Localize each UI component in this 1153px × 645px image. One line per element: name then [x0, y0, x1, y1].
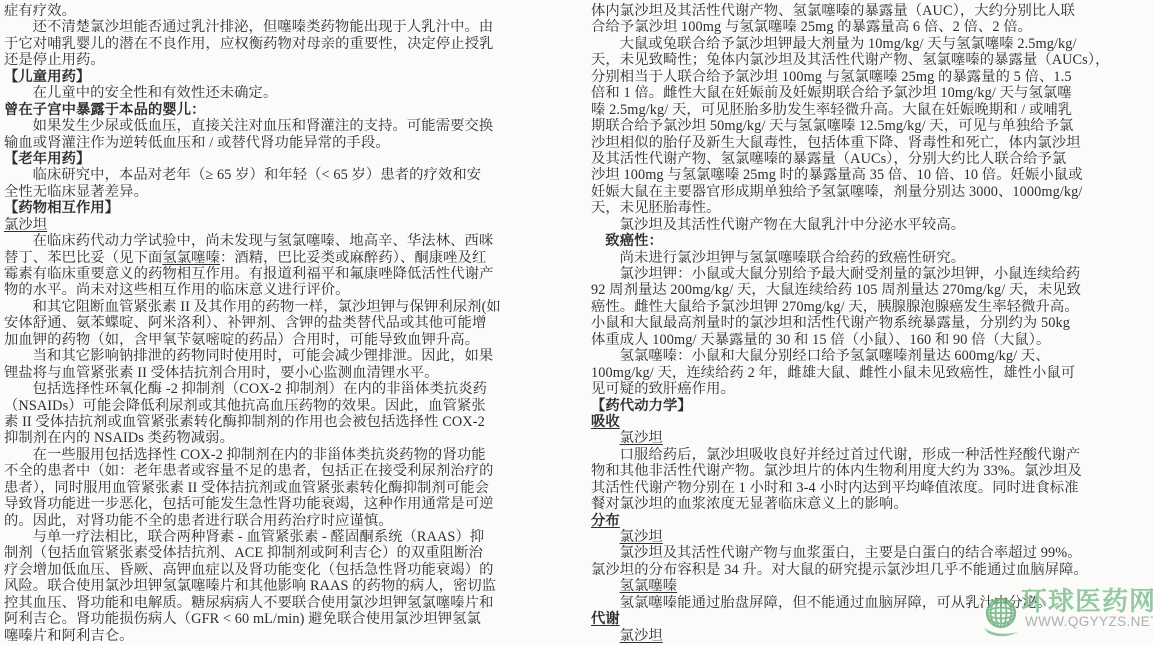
doc-text: 患者），同时服用血管紧张素 II 受体拮抗剂或血管紧张素转化酶抑制剂可能会: [4, 480, 489, 496]
doc-heading-text: 氢氯噻嗪: [162, 250, 220, 266]
doc-text: 在一些服用包括选择性 COX-2 抑制剂在内的非甾体类抗炎药物的肾功能: [33, 447, 486, 463]
doc-text: 100mg/kg/ 天，连续给药 2 年，雌雄大鼠、雌性小鼠未见致癌性，雄性小鼠…: [591, 365, 1075, 381]
doc-text: 体内氯沙坦及其活性代谢产物、氢氯噻嗪的暴露量（AUC），大约分别比人联: [591, 3, 1075, 19]
doc-text: 嗪 2.5mg/kg/ 天，可见胚胎多肋发生率轻微升高。大鼠在妊娠晚期和 / 或…: [591, 102, 1072, 118]
doc-text: 替丁、苯巴比妥（见下面: [4, 250, 162, 266]
doc-line: 及其活性代谢产物、氢氯噻嗪的暴露量（AUCs），分别大约比人联合给予氯: [591, 151, 1153, 167]
doc-text: 当和其它影响钠排泄的药物同时使用时，可能会减少锂排泄。因此，如果: [33, 348, 494, 364]
doc-text: 和其它阻断血管紧张素 II 及其作用的药物一样，氯沙坦钾与保钾利尿剂(如: [33, 299, 501, 315]
doc-line: 分布: [591, 513, 1153, 529]
doc-line: 嗪 2.5mg/kg/ 天，可见胚胎多肋发生率轻微升高。大鼠在妊娠晚期和 / 或…: [591, 102, 1153, 118]
doc-heading-text: 氯沙坦: [620, 529, 663, 545]
doc-heading-text: 氯沙坦: [620, 628, 663, 644]
doc-text: 抑制剂在内的 NSAIDs 类药物减弱。: [4, 430, 234, 446]
doc-text: 氢氯噻嗪：小鼠和大鼠分别经口给予氢氯噻嗪剂量达 600mg/kg/ 天、: [620, 348, 1050, 364]
doc-text: 在临床药代动力学试验中，尚未发现与氢氯噻嗪、地高辛、华法林、西咪: [33, 233, 494, 249]
doc-line: 在一些服用包括选择性 COX-2 抑制剂在内的非甾体类抗炎药物的肾功能: [4, 447, 574, 463]
doc-text: 包括选择性环氧化酶 -2 抑制剂（COX-2 抑制剂）在内的非甾体类抗炎药: [33, 381, 487, 397]
doc-line: 霉素有临床重要意义的药物相互作用。有报道利福平和氟康唑降低活性代谢产: [4, 266, 574, 282]
right-column: 体内氯沙坦及其活性代谢产物、氢氯噻嗪的暴露量（AUC），大约分别比人联合给予氯沙…: [591, 3, 1153, 644]
doc-line: 风险。联合使用氯沙坦钾氢氯噻嗪片和其他影响 RAAS 的药物的病人，密切监: [4, 578, 574, 594]
doc-line: 在临床药代动力学试验中，尚未发现与氢氯噻嗪、地高辛、华法林、西咪: [4, 233, 574, 249]
doc-line: （NSAIDs）可能会降低利尿剂或其他抗高血压药物的效果。因此，血管紧张: [4, 398, 574, 414]
watermark-url: WWW.QGYYZS.NET: [1025, 614, 1153, 629]
doc-text: 的。因此，对肾功能不全的患者进行联合用药治疗时应谨慎。: [4, 513, 393, 529]
doc-text: 见可疑的致肝癌作用。: [591, 381, 735, 397]
doc-line: 抑制剂在内的 NSAIDs 类药物减弱。: [4, 430, 574, 446]
doc-line: 阿利吉仑。肾功能损伤病人（GFR < 60 mL/min) 避免联合使用氯沙坦钾…: [4, 611, 574, 627]
doc-text: 合给予氯沙坦 100mg 与氢氯噻嗪 25mg 的暴露量高 6 倍、2 倍、2 …: [591, 19, 1032, 35]
doc-text: 癌性。雌性大鼠给予氯沙坦钾 270mg/kg/ 天，胰腺腺泡腺癌发生率轻微升高。: [591, 299, 1079, 315]
doc-line: 和其它阻断血管紧张素 II 及其作用的药物一样，氯沙坦钾与保钾利尿剂(如: [4, 299, 574, 315]
doc-text: 天，未见胚胎毒性。: [591, 200, 721, 216]
doc-heading-text: 【药代动力学】: [591, 398, 692, 414]
doc-line: 口服给药后，氯沙坦吸收良好并经过首过代谢，形成一种活性羟酸代谢产: [591, 447, 1153, 463]
doc-line: 氯沙坦钾：小鼠或大鼠分别给予最大耐受剂量的氯沙坦钾，小鼠连续给药: [591, 266, 1153, 282]
doc-text: 大鼠或兔联合给予氯沙坦钾最大剂量为 10mg/kg/ 天与氢氯噻嗪 2.5mg/…: [620, 36, 1077, 52]
doc-line: 的。因此，对肾功能不全的患者进行联合用药治疗时应谨慎。: [4, 513, 574, 529]
doc-heading-text: 【儿童用药】: [4, 69, 90, 85]
doc-line: 体重成人 100mg/ 天暴露量的 30 和 15 倍（小鼠）、160 和 90…: [591, 332, 1153, 348]
doc-line: 氯沙坦的分布容积是 34 升。对大鼠的研究提示氯沙坦几乎不能通过血脑屏障。: [591, 562, 1153, 578]
doc-text: 还是停止用药。: [4, 52, 105, 68]
doc-text: 体重成人 100mg/ 天暴露量的 30 和 15 倍（小鼠）、160 和 90…: [591, 332, 1050, 348]
doc-text: 临床研究中，本品对老年（≥ 65 岁）和年轻（< 65 岁）患者的疗效和安: [33, 167, 482, 183]
doc-text: 与单一疗法相比，联合两种肾素 - 血管紧张素 - 醛固酮系统（RAAS）抑: [33, 529, 485, 545]
doc-heading-text: 致癌性：: [605, 233, 663, 249]
doc-line: 尚未进行氯沙坦钾与氢氯噻嗪联合给药的致癌性研究。: [591, 250, 1153, 266]
doc-text: 素 II 受体拮抗剂或血管紧张素转化酶抑制剂的作用也会被包括选择性 COX-2: [4, 414, 485, 430]
doc-line: 【药代动力学】: [591, 398, 1153, 414]
doc-text: 风险。联合使用氯沙坦钾氢氯噻嗪片和其他影响 RAAS 的药物的病人，密切监: [4, 578, 496, 594]
doc-heading-text: 曾在子宫中暴露于本品的婴儿：: [4, 102, 206, 118]
doc-line: 安体舒通、氨苯蝶啶、阿米洛利）、补钾剂、含钾的盐类替代品或其他可能增: [4, 315, 574, 331]
doc-text: 还不清楚氯沙坦能否通过乳汁排泌，但噻嗪类药物能出现于人乳汁中。由: [33, 19, 494, 35]
doc-text: 于它对哺乳婴儿的潜在不良作用，应权衡药物对母亲的重要性，决定停止授乳: [4, 36, 494, 52]
doc-text: 92 周剂量达 200mg/kg/ 天，大鼠连续给药 105 周剂量达 270m…: [591, 282, 1081, 298]
doc-text: 氯沙坦及其活性代谢产物在大鼠乳汁中分泌水平较高。: [620, 217, 966, 233]
doc-text: 不全的患者中（如：老年患者或容量不足的患者，包括正在接受利尿剂治疗的: [4, 463, 494, 479]
doc-line: 100mg/kg/ 天，连续给药 2 年，雌雄大鼠、雌性小鼠未见致癌性，雄性小鼠…: [591, 365, 1153, 381]
doc-line: 氯沙坦: [591, 430, 1153, 446]
doc-line: 沙坦 100mg 与氢氯噻嗪 25mg 时的暴露量高 35 倍、10 倍、10 …: [591, 167, 1153, 183]
doc-text: 输血或肾灌注作为逆转低血压和 / 或替代肾功能异常的手段。: [4, 135, 390, 151]
doc-line: 还是停止用药。: [4, 52, 574, 68]
globe-icon: [981, 594, 1021, 638]
doc-text: 噻嗪片和阿利吉仑。: [4, 628, 134, 644]
doc-text: 制剂（包括血管紧张素受体拮抗剂、ACE 抑制剂或阿利吉仑）的双重阻断治: [4, 545, 483, 561]
doc-heading-text: 【药物相互作用】: [4, 200, 119, 216]
doc-text: 阿利吉仑。肾功能损伤病人（GFR < 60 mL/min) 避免联合使用氯沙坦钾…: [4, 611, 481, 627]
doc-line: 与单一疗法相比，联合两种肾素 - 血管紧张素 - 醛固酮系统（RAAS）抑: [4, 529, 574, 545]
doc-text: ：酒精，巴比妥类或麻醉药）、酮康唑及红: [220, 250, 486, 266]
doc-text: 氯沙坦及其活性代谢产物与血浆蛋白，主要是白蛋白的结合率超过 99%。: [620, 545, 1082, 561]
doc-line: 还不清楚氯沙坦能否通过乳汁排泌，但噻嗪类药物能出现于人乳汁中。由: [4, 19, 574, 35]
doc-line: 小鼠和大鼠最高剂量时的氯沙坦和活性代谢产物系统暴露量，分别约为 50kg: [591, 315, 1153, 331]
doc-line: 素 II 受体拮抗剂或血管紧张素转化酶抑制剂的作用也会被包括选择性 COX-2: [4, 414, 574, 430]
doc-heading-text: 【老年用药】: [4, 151, 90, 167]
doc-line: 锂盐将与血管紧张素 II 受体拮抗剂合用时，要小心监测血清锂水平。: [4, 365, 574, 381]
doc-line: 天，未见胚胎毒性。: [591, 200, 1153, 216]
doc-text: 分别相当于人联合给予氯沙坦 100mg 与氢氯噻嗪 25mg 的暴露量的 5 倍…: [591, 69, 1072, 85]
doc-line: 见可疑的致肝癌作用。: [591, 381, 1153, 397]
watermark-site-name: 环球医药网®: [1021, 583, 1153, 615]
doc-line: 不全的患者中（如：老年患者或容量不足的患者，包括正在接受利尿剂治疗的: [4, 463, 574, 479]
doc-text: 霉素有临床重要意义的药物相互作用。有报道利福平和氟康唑降低活性代谢产: [4, 266, 494, 282]
doc-line: 替丁、苯巴比妥（见下面氢氯噻嗪：酒精，巴比妥类或麻醉药）、酮康唑及红: [4, 250, 574, 266]
doc-text: 口服给药后，氯沙坦吸收良好并经过首过代谢，形成一种活性羟酸代谢产: [620, 447, 1081, 463]
doc-line: 输血或肾灌注作为逆转低血压和 / 或替代肾功能异常的手段。: [4, 135, 574, 151]
doc-line: 当和其它影响钠排泄的药物同时使用时，可能会减少锂排泄。因此，如果: [4, 348, 574, 364]
doc-line: 控其血压、肾功能和电解质。糖尿病病人不要联合使用氯沙坦钾氢氯噻嗪片和: [4, 595, 574, 611]
doc-line: 症有疗效。: [4, 3, 574, 19]
doc-line: 体内氯沙坦及其活性代谢产物、氢氯噻嗪的暴露量（AUC），大约分别比人联: [591, 3, 1153, 19]
doc-line: 餐对氯沙坦的血浆浓度无显著临床意义上的影响。: [591, 496, 1153, 512]
doc-heading-text: 氯沙坦: [4, 217, 47, 233]
doc-line: 物的水平。尚未对这些相互作用的临床意义进行评价。: [4, 282, 574, 298]
doc-text: 尚未进行氯沙坦钾与氢氯噻嗪联合给药的致癌性研究。: [620, 250, 966, 266]
doc-line: 导致肾功能进一步恶化，包括可能发生急性肾功能衰竭，这种作用通常是可逆: [4, 496, 574, 512]
doc-line: 致癌性：: [591, 233, 1153, 249]
doc-line: 加血钾的药物（如，含甲氧苄氨嘧啶的药品）合用时，可能导致血钾升高。: [4, 332, 574, 348]
doc-line: 噻嗪片和阿利吉仑。: [4, 628, 574, 644]
doc-text: 沙坦相似的胎仔及新生大鼠毒性，包括体重下降、肾毒性和死亡，体内氯沙坦: [591, 135, 1081, 151]
doc-line: 天，未见致畸性；兔体内氯沙坦及其活性代谢产物、氢氯噻嗪的暴露量（AUCs），: [591, 52, 1153, 68]
doc-line: 于它对哺乳婴儿的潜在不良作用，应权衡药物对母亲的重要性，决定停止授乳: [4, 36, 574, 52]
doc-text: 加血钾的药物（如，含甲氧苄氨嘧啶的药品）合用时，可能导致血钾升高。: [4, 332, 479, 348]
doc-line: 包括选择性环氧化酶 -2 抑制剂（COX-2 抑制剂）在内的非甾体类抗炎药: [4, 381, 574, 397]
doc-text: 安体舒通、氨苯蝶啶、阿米洛利）、补钾剂、含钾的盐类替代品或其他可能增: [4, 315, 486, 331]
doc-text: 其活性代谢产物分别在 1 小时和 3-4 小时内达到平均峰值浓度。同时进食标准: [591, 480, 1079, 496]
doc-line: 其活性代谢产物分别在 1 小时和 3-4 小时内达到平均峰值浓度。同时进食标准: [591, 480, 1153, 496]
doc-line: 【老年用药】: [4, 151, 574, 167]
doc-line: 氯沙坦及其活性代谢产物与血浆蛋白，主要是白蛋白的结合率超过 99%。: [591, 545, 1153, 561]
doc-heading-text: 氯沙坦: [620, 430, 663, 446]
doc-text: 控其血压、肾功能和电解质。糖尿病病人不要联合使用氯沙坦钾氢氯噻嗪片和: [4, 595, 494, 611]
doc-line: 大鼠或兔联合给予氯沙坦钾最大剂量为 10mg/kg/ 天与氢氯噻嗪 2.5mg/…: [591, 36, 1153, 52]
doc-line: 如果发生少尿或低血压，直接关注对血压和肾灌注的支持。可能需要交换: [4, 118, 574, 134]
doc-line: 疗会增加低血压、昏厥、高钾血症以及肾功能变化（包括急性肾功能衰竭）的: [4, 562, 574, 578]
doc-line: 临床研究中，本品对老年（≥ 65 岁）和年轻（< 65 岁）患者的疗效和安: [4, 167, 574, 183]
doc-line: 吸收: [591, 414, 1153, 430]
doc-line: 氯沙坦: [591, 529, 1153, 545]
doc-text: 物的水平。尚未对这些相互作用的临床意义进行评价。: [4, 282, 350, 298]
doc-text: （NSAIDs）可能会降低利尿剂或其他抗高血压药物的效果。因此，血管紧张: [4, 398, 486, 414]
doc-text: 如果发生少尿或低血压，直接关注对血压和肾灌注的支持。可能需要交换: [33, 118, 494, 134]
doc-text: 倍和 1 倍。雌性大鼠在妊娠前及妊娠期联合给予氯沙坦 10mg/kg/ 天与氢氯…: [591, 85, 1072, 101]
doc-text: 锂盐将与血管紧张素 II 受体拮抗剂合用时，要小心监测血清锂水平。: [4, 365, 439, 381]
doc-text: 氯沙坦的分布容积是 34 升。对大鼠的研究提示氯沙坦几乎不能通过血脑屏障。: [591, 562, 1088, 578]
doc-line: 倍和 1 倍。雌性大鼠在妊娠前及妊娠期联合给予氯沙坦 10mg/kg/ 天与氢氯…: [591, 85, 1153, 101]
doc-line: 妊娠大鼠在主要器官形成期单独给予氢氯噻嗪，剂量分别达 3000、1000mg/k…: [591, 184, 1153, 200]
doc-line: 期联合给予氯沙坦 50mg/kg/ 天与氢氯噻嗪 12.5mg/kg/ 天，可见…: [591, 118, 1153, 134]
doc-text: 期联合给予氯沙坦 50mg/kg/ 天与氢氯噻嗪 12.5mg/kg/ 天，可见…: [591, 118, 1073, 134]
doc-heading-text: 代谢: [591, 611, 620, 627]
watermark: 环球医药网® WWW.QGYYZS.NET: [979, 583, 1153, 645]
doc-line: 全性无临床显著差异。: [4, 184, 574, 200]
doc-text: 妊娠大鼠在主要器官形成期单独给予氢氯噻嗪，剂量分别达 3000、1000mg/k…: [591, 184, 1082, 200]
doc-heading-text: 吸收: [591, 414, 620, 430]
doc-heading-text: 分布: [591, 513, 620, 529]
doc-line: 分别相当于人联合给予氯沙坦 100mg 与氢氯噻嗪 25mg 的暴露量的 5 倍…: [591, 69, 1153, 85]
doc-text: 疗会增加低血压、昏厥、高钾血症以及肾功能变化（包括急性肾功能衰竭）的: [4, 562, 494, 578]
doc-text: 导致肾功能进一步恶化，包括可能发生急性肾功能衰竭，这种作用通常是可逆: [4, 496, 494, 512]
doc-line: 氯沙坦: [4, 217, 574, 233]
doc-line: 制剂（包括血管紧张素受体拮抗剂、ACE 抑制剂或阿利吉仑）的双重阻断治: [4, 545, 574, 561]
doc-line: 癌性。雌性大鼠给予氯沙坦钾 270mg/kg/ 天，胰腺腺泡腺癌发生率轻微升高。: [591, 299, 1153, 315]
left-column: 症有疗效。还不清楚氯沙坦能否通过乳汁排泌，但噻嗪类药物能出现于人乳汁中。由于它对…: [4, 3, 574, 644]
doc-text: 餐对氯沙坦的血浆浓度无显著临床意义上的影响。: [591, 496, 908, 512]
doc-line: 曾在子宫中暴露于本品的婴儿：: [4, 102, 574, 118]
doc-text: 天，未见致畸性；兔体内氯沙坦及其活性代谢产物、氢氯噻嗪的暴露量（AUCs），: [591, 52, 1110, 68]
doc-text: 全性无临床显著差异。: [4, 184, 148, 200]
doc-line: 【药物相互作用】: [4, 200, 574, 216]
doc-text: 沙坦 100mg 与氢氯噻嗪 25mg 时的暴露量高 35 倍、10 倍、10 …: [591, 167, 1083, 183]
doc-line: 92 周剂量达 200mg/kg/ 天，大鼠连续给药 105 周剂量达 270m…: [591, 282, 1153, 298]
doc-line: 患者），同时服用血管紧张素 II 受体拮抗剂或血管紧张素转化酶抑制剂可能会: [4, 480, 574, 496]
doc-line: 氢氯噻嗪：小鼠和大鼠分别经口给予氢氯噻嗪剂量达 600mg/kg/ 天、: [591, 348, 1153, 364]
doc-line: 氯沙坦及其活性代谢产物在大鼠乳汁中分泌水平较高。: [591, 217, 1153, 233]
doc-line: 合给予氯沙坦 100mg 与氢氯噻嗪 25mg 的暴露量高 6 倍、2 倍、2 …: [591, 19, 1153, 35]
watermark-name-text: 环球医药网: [1021, 586, 1153, 616]
doc-line: 物和其他非活性代谢产物。氯沙坦片的体内生物利用度大约为 33%。氯沙坦及: [591, 463, 1153, 479]
doc-text: 在儿童中的安全性和有效性还未确定。: [33, 85, 278, 101]
doc-text: 及其活性代谢产物、氢氯噻嗪的暴露量（AUCs），分别大约比人联合给予氯: [591, 151, 1066, 167]
doc-text: 症有疗效。: [4, 3, 76, 19]
doc-line: 沙坦相似的胎仔及新生大鼠毒性，包括体重下降、肾毒性和死亡，体内氯沙坦: [591, 135, 1153, 151]
doc-line: 【儿童用药】: [4, 69, 574, 85]
doc-text: 小鼠和大鼠最高剂量时的氯沙坦和活性代谢产物系统暴露量，分别约为 50kg: [591, 315, 1070, 331]
doc-text: 氯沙坦钾：小鼠或大鼠分别给予最大耐受剂量的氯沙坦钾，小鼠连续给药: [620, 266, 1081, 282]
doc-line: 在儿童中的安全性和有效性还未确定。: [4, 85, 574, 101]
doc-text: 物和其他非活性代谢产物。氯沙坦片的体内生物利用度大约为 33%。氯沙坦及: [591, 463, 1082, 479]
doc-heading-text: 氢氯噻嗪: [620, 578, 678, 594]
